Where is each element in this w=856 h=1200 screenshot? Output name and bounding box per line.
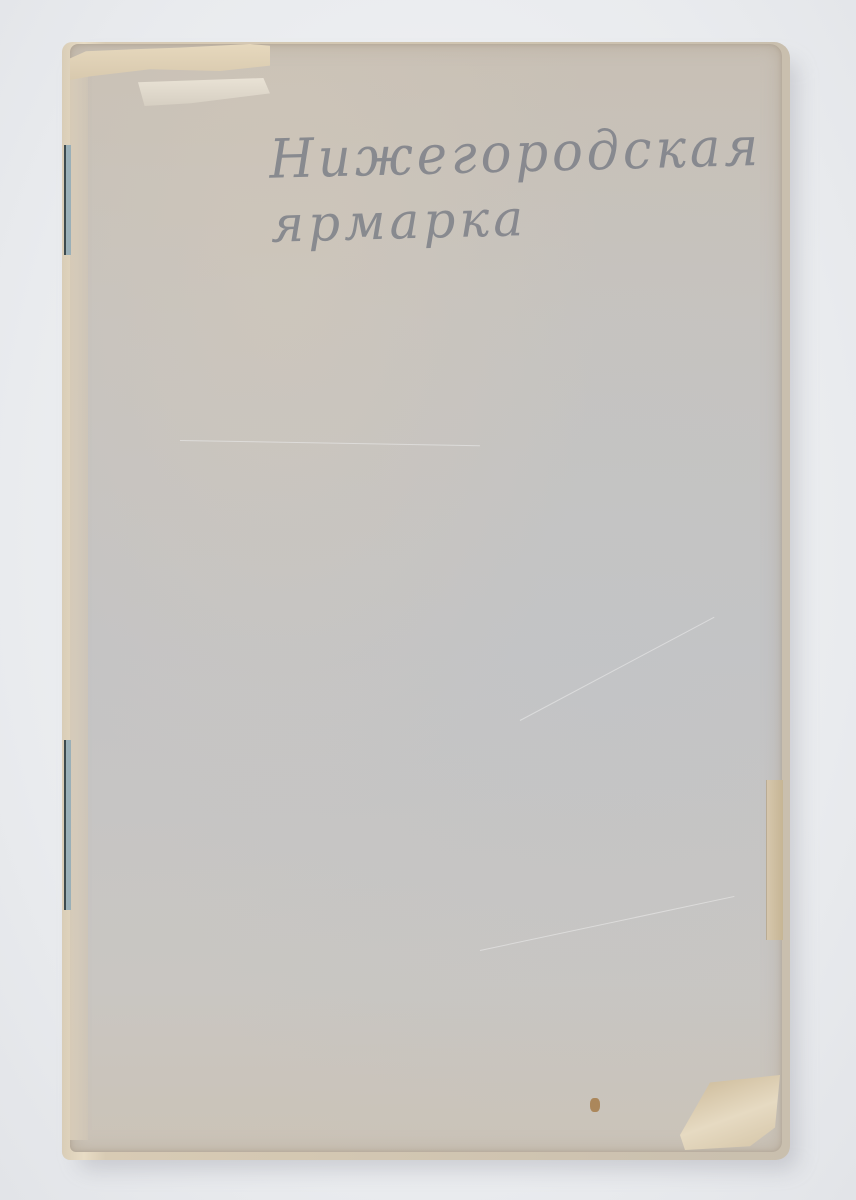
spine-tear-bottom (64, 740, 71, 910)
handwritten-title: Нижегородская ярмарка (268, 113, 791, 257)
book-spine-edge (70, 60, 88, 1140)
torn-edge-right (766, 780, 783, 940)
handwritten-line-2: ярмарка (270, 179, 791, 257)
handwritten-line-1: Нижегородская (268, 114, 764, 193)
spine-tear-top (64, 145, 71, 255)
stain-spot (590, 1098, 600, 1112)
